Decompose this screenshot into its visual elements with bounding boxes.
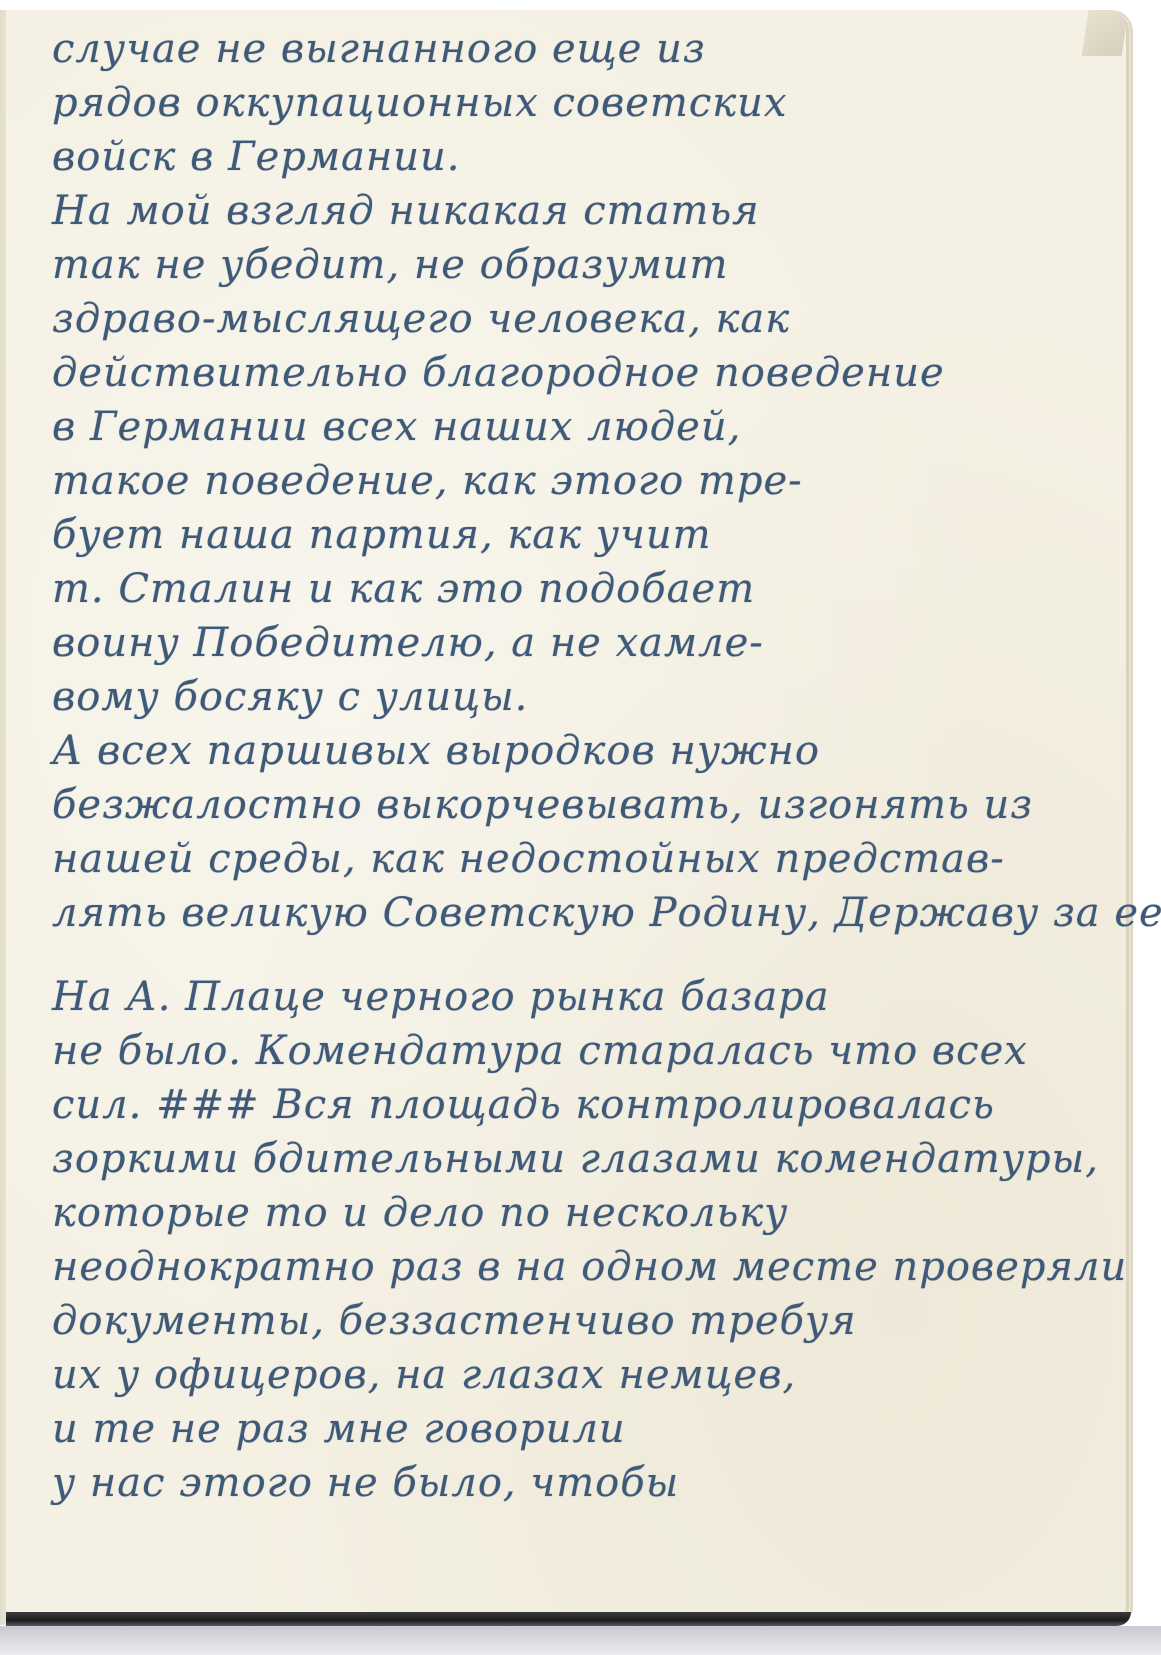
text-line: так не убедит, не образумит: [52, 238, 1112, 292]
text-line: их у офицеров, на глазах немцев,: [52, 1348, 1112, 1402]
paragraph-gap: [52, 940, 1112, 970]
text-line: На А. Плаце черного рынка базара: [52, 970, 1112, 1024]
text-line: лять великую Советскую Родину, Державу з…: [52, 886, 1112, 940]
text-line: На мой взгляд никакая статья: [52, 184, 1112, 238]
text-line: документы, беззастенчиво требуя: [52, 1294, 1112, 1348]
scan-background: [0, 1626, 1161, 1655]
page-stack-edge: [6, 1612, 1131, 1626]
text-line: воину Победителю, а не хамле-: [52, 616, 1112, 670]
text-line: т. Сталин и как это подобает: [52, 562, 1112, 616]
text-line: нашей среды, как недостойных представ-: [52, 832, 1112, 886]
text-line: войск в Германии.: [52, 130, 1112, 184]
text-line: не было. Комендатура старалась что всех: [52, 1024, 1112, 1078]
text-line: сил. ### Вся площадь контролировалась: [52, 1078, 1112, 1132]
text-line: зоркими бдительными глазами комендатуры,: [52, 1132, 1112, 1186]
handwritten-text: случае не выгнанного еще из рядов оккупа…: [52, 22, 1112, 1510]
text-line: в Германии всех наших людей,: [52, 400, 1112, 454]
text-line: случае не выгнанного еще из: [52, 22, 1112, 76]
text-line: здраво-мыслящего человека, как: [52, 292, 1112, 346]
text-line: бует наша партия, как учит: [52, 508, 1112, 562]
text-line: такое поведение, как этого тре-: [52, 454, 1112, 508]
text-line: у нас этого не было, чтобы: [52, 1456, 1112, 1510]
text-line: которые то и дело по нескольку: [52, 1186, 1112, 1240]
text-line: А всех паршивых выродков нужно: [52, 724, 1112, 778]
text-line: рядов оккупационных советских: [52, 76, 1112, 130]
text-line: действительно благородное поведение: [52, 346, 1112, 400]
text-line: безжалостно выкорчевывать, изгонять из: [52, 778, 1112, 832]
text-line: вому босяку с улицы.: [52, 670, 1112, 724]
text-line: и те не раз мне говорили: [52, 1402, 1112, 1456]
text-line: неоднократно раз в на одном месте провер…: [52, 1240, 1112, 1294]
